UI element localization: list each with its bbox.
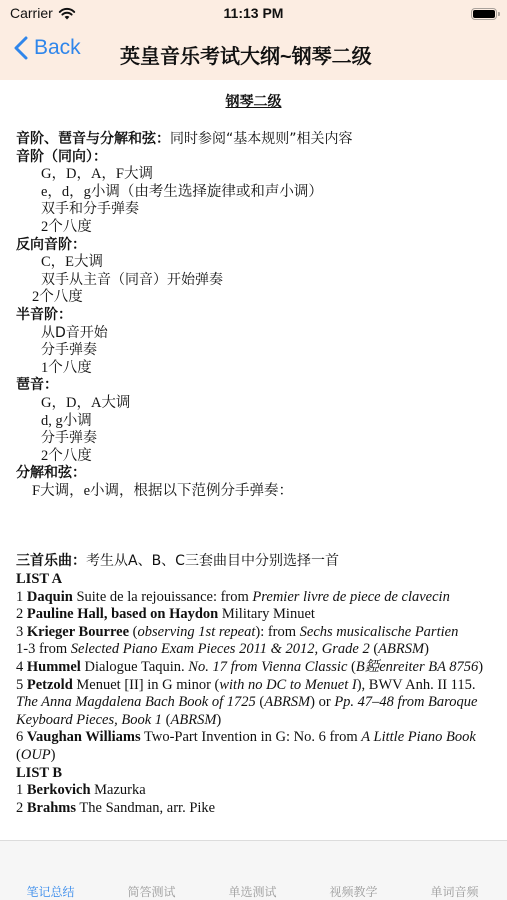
- chromatic-heading: 半音阶：: [16, 307, 499, 325]
- pieces-section: 三首乐曲：考生从A、B、C三套曲目中分别选择一首 LIST A 1 Daquin…: [0, 553, 507, 817]
- back-label: Back: [34, 36, 81, 60]
- tab-notes-summary[interactable]: 笔记总结: [0, 883, 101, 900]
- tab-bar: 笔记总结 简答测试 单选测试 视频教学 单词音频: [0, 840, 507, 900]
- battery-icon: [471, 8, 497, 20]
- list-a-item: 6 Vaughan Williams Two-Part Invention in…: [16, 729, 497, 764]
- document-title: 钢琴二级: [0, 94, 507, 114]
- notation-placeholder: [0, 500, 507, 553]
- list-a-item: 4 Hummel Dialogue Taquin. No. 17 from Vi…: [16, 659, 497, 677]
- broken-chords-heading: 分解和弦：: [16, 465, 499, 483]
- list-b-item: 2 Brahms The Sandman, arr. Pike: [16, 800, 497, 818]
- chromatic-line: 从D音开始: [16, 325, 499, 343]
- contrary-motion-heading: 反向音阶：: [16, 237, 499, 255]
- list-b-item: 1 Berkovich Mazurka: [16, 782, 497, 800]
- pieces-text: 考生从A、B、C三套曲目中分别选择一首: [86, 553, 339, 569]
- tab-vocabulary-audio[interactable]: 单词音频: [404, 883, 505, 900]
- pieces-label: 三首乐曲：: [16, 553, 86, 569]
- status-time: 11:13 PM: [0, 5, 507, 21]
- contrary-motion-line: C，E大调: [16, 254, 499, 272]
- similar-motion-line: 双手和分手弹奏: [16, 201, 499, 219]
- document-view[interactable]: 钢琴二级 音阶、琶音与分解和弦：同时参阅“基本规则”相关内容 音阶（同向）： G…: [0, 80, 507, 840]
- contrary-motion-line: 双手从主音（同音）开始弹奏: [16, 272, 499, 290]
- chromatic-line: 1个八度: [16, 360, 499, 378]
- scales-section: 音阶、琶音与分解和弦：同时参阅“基本规则”相关内容 音阶（同向）： G，D，A，…: [0, 131, 507, 500]
- arpeggios-line: d, g小调: [16, 413, 499, 431]
- tab-single-choice-test[interactable]: 单选测试: [202, 883, 303, 900]
- list-a-heading: LIST A: [16, 571, 62, 587]
- list-a-item: 1-3 from Selected Piano Exam Pieces 2011…: [16, 641, 497, 659]
- chevron-left-icon: [14, 36, 28, 60]
- similar-motion-line: e，d，g小调（由考生选择旋律或和声小调）: [16, 184, 499, 202]
- similar-motion-line: 2个八度: [16, 219, 499, 237]
- arpeggios-line: 分手弹奏: [16, 430, 499, 448]
- contrary-motion-line: 2个八度: [16, 289, 499, 307]
- list-b-heading: LIST B: [16, 765, 62, 781]
- arpeggios-line: G，D，A大调: [16, 395, 499, 413]
- navigation-bar: Back 英皇音乐考试大纲~钢琴二级: [0, 28, 507, 78]
- list-a-item: 2 Pauline Hall, based on Haydon Military…: [16, 606, 497, 624]
- tab-short-answer-test[interactable]: 简答测试: [101, 883, 202, 900]
- arpeggios-heading: 琶音：: [16, 377, 499, 395]
- back-button[interactable]: Back: [14, 36, 81, 60]
- chromatic-line: 分手弹奏: [16, 342, 499, 360]
- scales-intro-label: 音阶、琶音与分解和弦：: [16, 131, 170, 147]
- list-a-item: 1 Daquin Suite de la rejouissance: from …: [16, 589, 497, 607]
- page-title: 英皇音乐考试大纲~钢琴二级: [120, 40, 372, 69]
- arpeggios-line: 2个八度: [16, 448, 499, 466]
- list-a-item: 3 Krieger Bourree (observing 1st repeat)…: [16, 624, 497, 642]
- scales-intro-text: 同时参阅“基本规则”相关内容: [170, 131, 353, 147]
- top-bar: Carrier 11:13 PM Back 英皇音乐考试大纲~钢琴二级: [0, 0, 507, 80]
- list-a-item: 5 Petzold Menuet [II] in G minor (with n…: [16, 677, 497, 730]
- tab-video-lessons[interactable]: 视频教学: [303, 883, 404, 900]
- similar-motion-heading: 音阶（同向）：: [16, 149, 499, 167]
- similar-motion-line: G，D，A，F大调: [16, 166, 499, 184]
- broken-chords-text: F大调，e小调，根据以下范例分手弹奏：: [16, 483, 499, 501]
- status-bar: Carrier 11:13 PM: [0, 0, 507, 28]
